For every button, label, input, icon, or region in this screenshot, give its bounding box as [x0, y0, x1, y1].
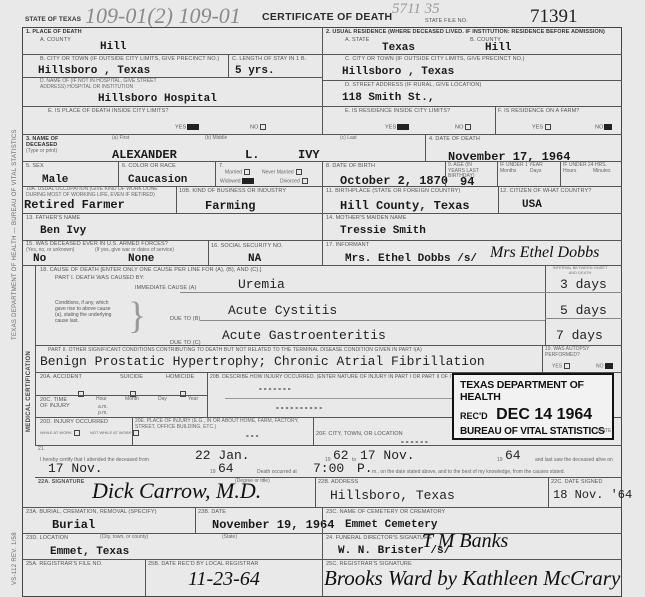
injury-state-label: STATE: [596, 429, 611, 435]
social-security-number: NA: [248, 253, 261, 265]
informant-label: 17. INFORMANT: [326, 242, 369, 248]
hour-label: Hour: [96, 397, 107, 403]
armed-service: None: [128, 253, 154, 265]
date-signed: 18 Nov. '64: [553, 488, 632, 502]
accident-label: 20a. ACCIDENT: [40, 374, 82, 380]
inside-city-question: e. IS PLACE OF DEATH INSIDE CITY LIMITS?: [48, 108, 169, 114]
death-time: 7:00: [313, 461, 344, 476]
autopsy-yes[interactable]: YES: [552, 363, 570, 370]
stamp-bureau: BUREAU OF VITAL STATISTICS: [460, 426, 606, 437]
usual-residence-label: 2. USUAL RESIDENCE (Where deceased lived…: [326, 29, 605, 35]
checked-box-icon: [397, 124, 409, 130]
last-name-label: (c) Last: [340, 136, 357, 142]
handwritten-file-number: 5711 35: [392, 1, 440, 18]
address-label: 22b. ADDRESS: [318, 479, 358, 485]
pm-label: p.m.: [98, 411, 108, 417]
father-name: Ben Ivy: [40, 225, 86, 237]
due-to-b-interval: 5 days: [560, 303, 607, 318]
handwritten-code: 109-01(2) 109-01: [85, 3, 241, 29]
funeral-director-signature: T M Banks: [422, 530, 508, 553]
mother-maiden-name: Tressie Smith: [340, 225, 426, 237]
checked-box-icon: [242, 178, 254, 184]
months-label: Months: [500, 169, 516, 175]
physician-signature: Dick Carrow, M.D.: [92, 478, 261, 504]
margin-form-number: VS-112 REV. 1/58: [12, 532, 18, 585]
race-label: 6. COLOR OR RACE: [122, 163, 176, 169]
due-to-c-interval: 7 days: [556, 328, 603, 343]
marital-married[interactable]: Married: [225, 169, 250, 176]
stamp-date: DEC 14 1964: [496, 406, 592, 423]
margin-department-label: TEXAS DEPARTMENT OF HEALTH — BUREAU OF V…: [12, 129, 18, 340]
citizen-label: 12. CITIZEN OF WHAT COUNTRY?: [500, 188, 591, 194]
hospital-label: d. NAME OF (If not in hospital, give str…: [40, 79, 160, 90]
burial-date-label: 23b. DATE: [198, 509, 226, 515]
due-to-b: Acute Cystitis: [228, 303, 337, 318]
dob-label: 8. DATE OF BIRTH: [326, 163, 375, 169]
length-of-stay: 5 yrs.: [235, 65, 275, 77]
checkbox-icon: [260, 124, 266, 130]
hours-label: Hours: [563, 169, 576, 175]
death-city: Hillsboro , Texas: [38, 65, 150, 77]
hospital-name: Hillsboro Hospital: [98, 93, 217, 105]
sex: Male: [42, 174, 68, 186]
county-label: a. COUNTY: [40, 37, 71, 43]
death-ampm: P.: [357, 461, 373, 476]
first-name: ALEXANDER: [112, 148, 177, 162]
physician-address: Hillsboro, Texas: [330, 488, 455, 503]
date-of-death-label: 4. DATE OF DEATH: [429, 136, 480, 142]
last-saw-text: and last saw the deceased alive on: [535, 458, 613, 464]
sex-label: 5. SEX: [26, 163, 44, 169]
registrar-signature: Brooks Ward by Kathleen McCrary: [324, 566, 620, 591]
signature-label: 22a. SIGNATURE: [38, 479, 85, 485]
injury-description-1: -------: [258, 385, 292, 394]
last-seen-year-prefix: 19: [210, 470, 216, 476]
residence-inside-no[interactable]: NO: [455, 124, 471, 130]
received-stamp: TEXAS DEPARTMENT OF HEALTH REC'D DEC 14 …: [452, 373, 614, 440]
to-label: to: [352, 458, 356, 464]
informant: Mrs. Ethel Dobbs /s/: [345, 253, 477, 265]
middle-name: L.: [245, 148, 259, 162]
registrar-date: 11-23-64: [188, 568, 260, 591]
place-of-injury-label: 20e. PLACE OF INJURY (e.g., in or about …: [135, 419, 315, 430]
street-label: d. STREET ADDRESS (If rural, give locati…: [345, 82, 481, 88]
checkbox-icon: [296, 169, 302, 175]
burial-type: Burial: [52, 518, 95, 532]
farm-no[interactable]: NO: [595, 124, 612, 130]
injury-city-label: 20f. CITY, TOWN, OR LOCATION: [316, 431, 403, 437]
ssn-label: 16. SOCIAL SECURITY NO.: [211, 243, 283, 249]
death-county: Hill: [100, 41, 126, 53]
due-to-b-label: DUE TO (b): [170, 316, 200, 322]
autopsy-label: 19. WAS AUTOPSY PERFORMED?: [545, 347, 620, 358]
middle-name-label: (b) Middle: [205, 136, 227, 142]
registrar-date-label: 25b. DATE REC'D BY LOCAL REGISTRAR: [148, 561, 258, 567]
registrar-file-label: 25a. REGISTRAR'S FILE NO.: [26, 561, 103, 567]
occupation: Retired Farmer: [24, 198, 125, 212]
marital-never-married[interactable]: Never Married: [262, 169, 302, 176]
residence-county: Hill: [485, 42, 511, 54]
father-label: 13. FATHER'S NAME: [26, 215, 80, 221]
death-occurred-label: Death occurred at: [257, 470, 297, 476]
death-certificate: TEXAS DEPARTMENT OF HEALTH — BUREAU OF V…: [0, 0, 645, 597]
residence-city: Hillsboro , Texas: [342, 66, 454, 78]
stamp-department: TEXAS DEPARTMENT OF HEALTH: [460, 379, 606, 403]
mother-label: 14. MOTHER'S MAIDEN NAME: [326, 215, 406, 221]
burial-location: Emmet, Texas: [50, 546, 129, 558]
industry: Farming: [205, 199, 255, 213]
certify-statement: m., on the date stated above, and to the…: [372, 470, 565, 476]
last-seen-date: 17 Nov.: [48, 461, 103, 476]
checkbox-icon: [465, 124, 471, 130]
armed-forces: No: [33, 253, 46, 265]
residence-street: 118 Smith St.,: [342, 92, 434, 104]
burial-type-label: 23a. BURIAL, CREMATION, REMOVAL (Specify…: [26, 509, 157, 515]
certificate-title: CERTIFICATE OF DEATH: [262, 11, 392, 23]
immediate-cause: Uremia: [238, 277, 285, 292]
suicide-label: SUICIDE: [120, 374, 143, 380]
day-label: Day: [158, 397, 167, 403]
checked-box-icon: [604, 124, 612, 130]
attended-to-year: 64: [505, 448, 521, 463]
minutes-label: Minutes: [593, 169, 611, 175]
year-label: Year: [188, 397, 198, 403]
birthplace-label: 11. BIRTHPLACE (State or foreign country…: [326, 188, 460, 194]
death-inside-yes[interactable]: YES: [175, 124, 199, 130]
checkbox-icon: [74, 430, 80, 436]
residence-state: Texas: [382, 42, 415, 54]
place-of-death-label: 1. PLACE OF DEATH: [26, 29, 82, 35]
residence-city-label: c. CITY OR TOWN (If outside city limits,…: [345, 56, 525, 62]
citizen-country: USA: [522, 199, 542, 211]
month-label: Month: [125, 397, 139, 403]
informant-signature: Mrs Ethel Dobbs: [490, 244, 599, 262]
time-of-injury-label: 20c. TIME OF INJURY: [40, 397, 70, 409]
days-label: Days: [530, 169, 541, 175]
stamp-recd-label: REC'D: [460, 411, 488, 421]
residence-inside-yes[interactable]: YES: [385, 124, 409, 130]
marital-label: 7.: [219, 163, 224, 169]
name-sublabel: (Type or print): [26, 149, 57, 155]
injury-occurred-label: 20d. INJURY OCCURRED: [40, 419, 108, 425]
state-label: STATE OF TEXAS: [25, 17, 81, 23]
checkbox-icon: [302, 178, 308, 184]
name-label: 3. NAME OF DECEASED: [26, 136, 86, 148]
place-of-injury: ---: [245, 432, 259, 441]
birthplace: Hill County, Texas: [340, 199, 470, 213]
injury-description-2: ----------: [275, 404, 323, 413]
state-sublabel: (State): [222, 535, 237, 541]
cemetery-label: 23c. NAME OF CEMETERY OR CREMATORY: [326, 509, 445, 515]
checked-box-icon: [187, 124, 199, 130]
other-conditions: Benign Prostatic Hypertrophy; Chronic At…: [40, 354, 485, 369]
conditions-label: Conditions, if any, which gave rise to a…: [55, 300, 115, 324]
last-name: IVY: [298, 148, 320, 162]
while-at-work-option[interactable]: WHILE AT WORK: [40, 430, 80, 436]
checked-box-icon: [605, 363, 613, 369]
industry-label: 10b. KIND OF BUSINESS OR INDUSTRY: [179, 188, 286, 194]
farm-yes[interactable]: YES: [532, 124, 551, 130]
city-label: b. CITY OR TOWN (If outside city limits,…: [40, 56, 219, 62]
checkbox-icon: [545, 124, 551, 130]
interval-label: INTERVAL BETWEEN ONSET AND DEATH: [550, 266, 610, 275]
last-seen-year: 64: [218, 461, 234, 476]
certificate-number: 71391: [530, 6, 578, 28]
to-year-prefix: 19: [497, 458, 503, 464]
immediate-interval: 3 days: [560, 277, 607, 292]
marital-divorced[interactable]: Divorced: [280, 178, 308, 185]
homicide-checkbox[interactable]: [178, 385, 186, 403]
occupation-label: 10a. USUAL OCCUPATION (Give kind of work…: [26, 187, 176, 198]
checkbox-icon: [133, 430, 139, 436]
state-file-label: STATE FILE NO.: [425, 18, 468, 24]
farm-question: f. IS RESIDENCE ON A FARM?: [498, 108, 579, 114]
residence-inside-city-question: e. IS RESIDENCE INSIDE CITY LIMITS?: [345, 108, 450, 114]
residence-state-label: a. STATE: [345, 37, 369, 43]
date-signed-label: 22c. DATE SIGNED: [551, 479, 603, 485]
marital-widowed[interactable]: Widowed: [220, 178, 254, 185]
cause-of-death-label: 18. CAUSE OF DEATH [Enter only one cause…: [40, 267, 262, 273]
part-one-label: PART I. DEATH WAS CAUSED BY:: [55, 275, 145, 281]
burial-location-label: 23d. LOCATION: [26, 535, 68, 541]
due-to-c: Acute Gastroenteritis: [222, 328, 386, 343]
brace-icon: }: [128, 297, 146, 335]
describe-injury-label: 20b. DESCRIBE HOW INJURY OCCURRED. (Ente…: [210, 374, 472, 380]
stay-label: c. LENGTH OF STAY in 1 b.: [232, 56, 306, 62]
funeral-director-label: 24. FUNERAL DIRECTOR'S SIGNATURE: [326, 535, 432, 541]
immediate-cause-label: IMMEDIATE CAUSE (a): [135, 285, 196, 291]
death-inside-no[interactable]: NO: [250, 124, 266, 130]
race: Caucasion: [128, 174, 187, 186]
autopsy-no[interactable]: NO: [596, 363, 613, 370]
checkbox-icon: [244, 169, 250, 175]
checkbox-icon: [564, 363, 570, 369]
part-two-label: PART II. OTHER SIGNIFICANT CONDITIONS CO…: [48, 347, 422, 353]
burial-date: November 19, 1964: [212, 518, 334, 532]
first-name-label: (a) First: [112, 136, 129, 142]
certification-number: 21.: [38, 447, 45, 453]
homicide-label: HOMICIDE: [166, 374, 194, 380]
city-sublabel: (City, town, or county): [100, 535, 148, 541]
accident-checkbox[interactable]: [76, 385, 84, 403]
